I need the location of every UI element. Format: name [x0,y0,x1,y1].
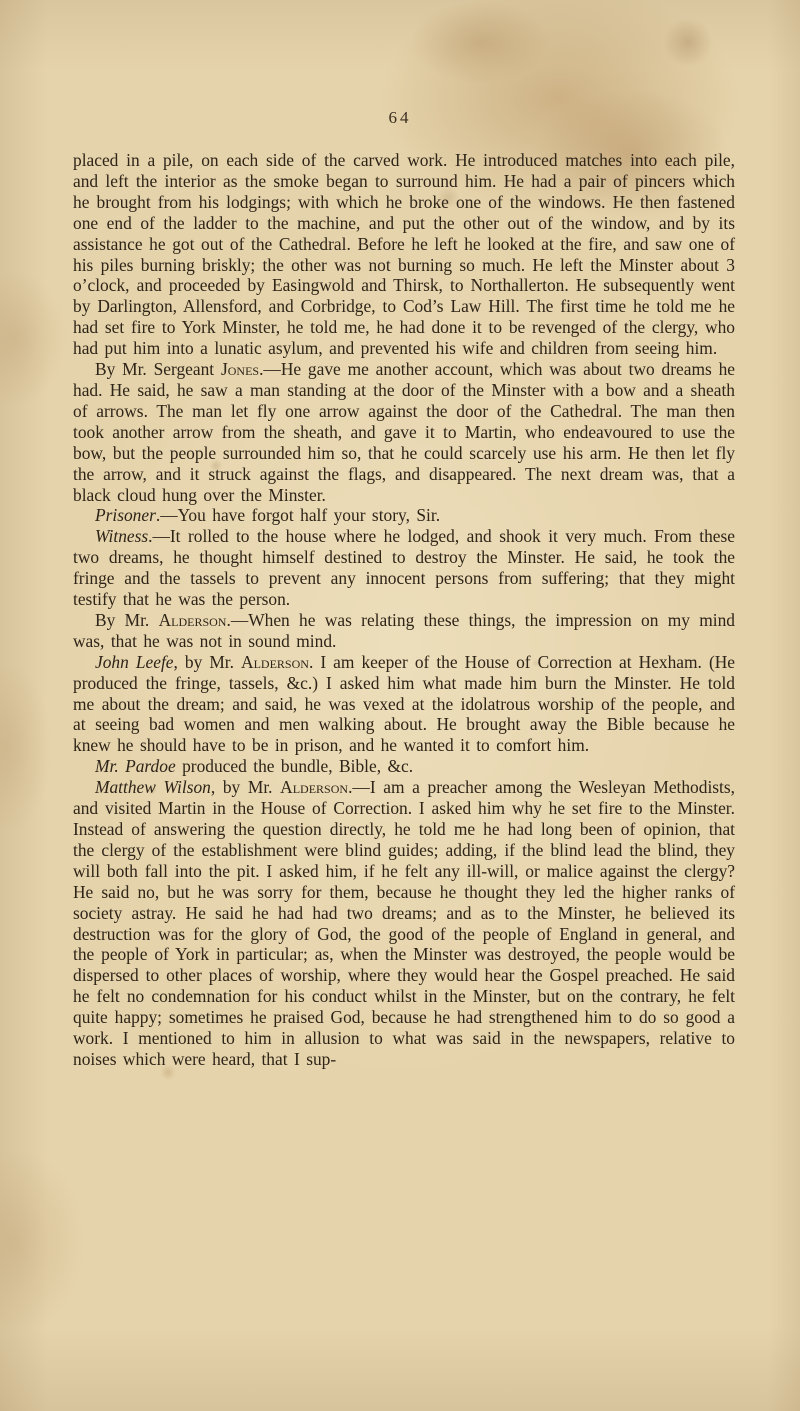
paragraph: Mr. Pardoe produced the bundle, Bible, &… [73,756,735,777]
text-segment-smallcaps: Alderson [280,777,348,797]
text-segment-normal: .—I am a preacher among the Wesleyan Met… [73,777,735,1069]
text-segment-italic: Mr. Pardoe [95,756,176,776]
paragraph: Prisoner.—You have forgot half your stor… [73,505,735,526]
text-segment-normal: By Mr. [95,610,159,630]
paragraph: Matthew Wilson, by Mr. Alderson.—I am a … [73,777,735,1070]
text-segment-smallcaps: Alderson [241,652,309,672]
paragraph: By Mr. Alderson.—When he was relating th… [73,610,735,652]
text-segment-italic: Matthew Wilson [95,777,211,797]
text-segment-normal: .—It rolled to the house where he lodged… [73,526,735,609]
text-segment-normal: .—He gave me another account, which was … [73,359,735,504]
text-segment-normal: placed in a pile, on each side of the ca… [73,150,735,358]
text-segment-smallcaps: Jones [221,359,259,379]
text-segment-normal: produced the bundle, Bible, &c. [176,756,413,776]
text-block: placed in a pile, on each side of the ca… [73,150,735,1070]
text-segment-italic: Prisoner [95,505,156,525]
paragraph: By Mr. Sergeant Jones.—He gave me anothe… [73,359,735,505]
text-segment-smallcaps: Alderson [159,610,227,630]
paragraph: Witness.—It rolled to the house where he… [73,526,735,610]
text-segment-italic: John Leefe [95,652,174,672]
page-number: 64 [0,108,800,128]
paragraph: placed in a pile, on each side of the ca… [73,150,735,359]
text-segment-italic: Witness [95,526,148,546]
text-segment-normal: , by Mr. [211,777,280,797]
text-segment-normal: By Mr. Sergeant [95,359,221,379]
document-page: 64 placed in a pile, on each side of the… [0,0,800,1411]
text-segment-normal: .—You have forgot half your story, Sir. [156,505,440,525]
text-segment-normal: , by Mr. [174,652,242,672]
paragraph: John Leefe, by Mr. Alderson. I am keeper… [73,652,735,757]
